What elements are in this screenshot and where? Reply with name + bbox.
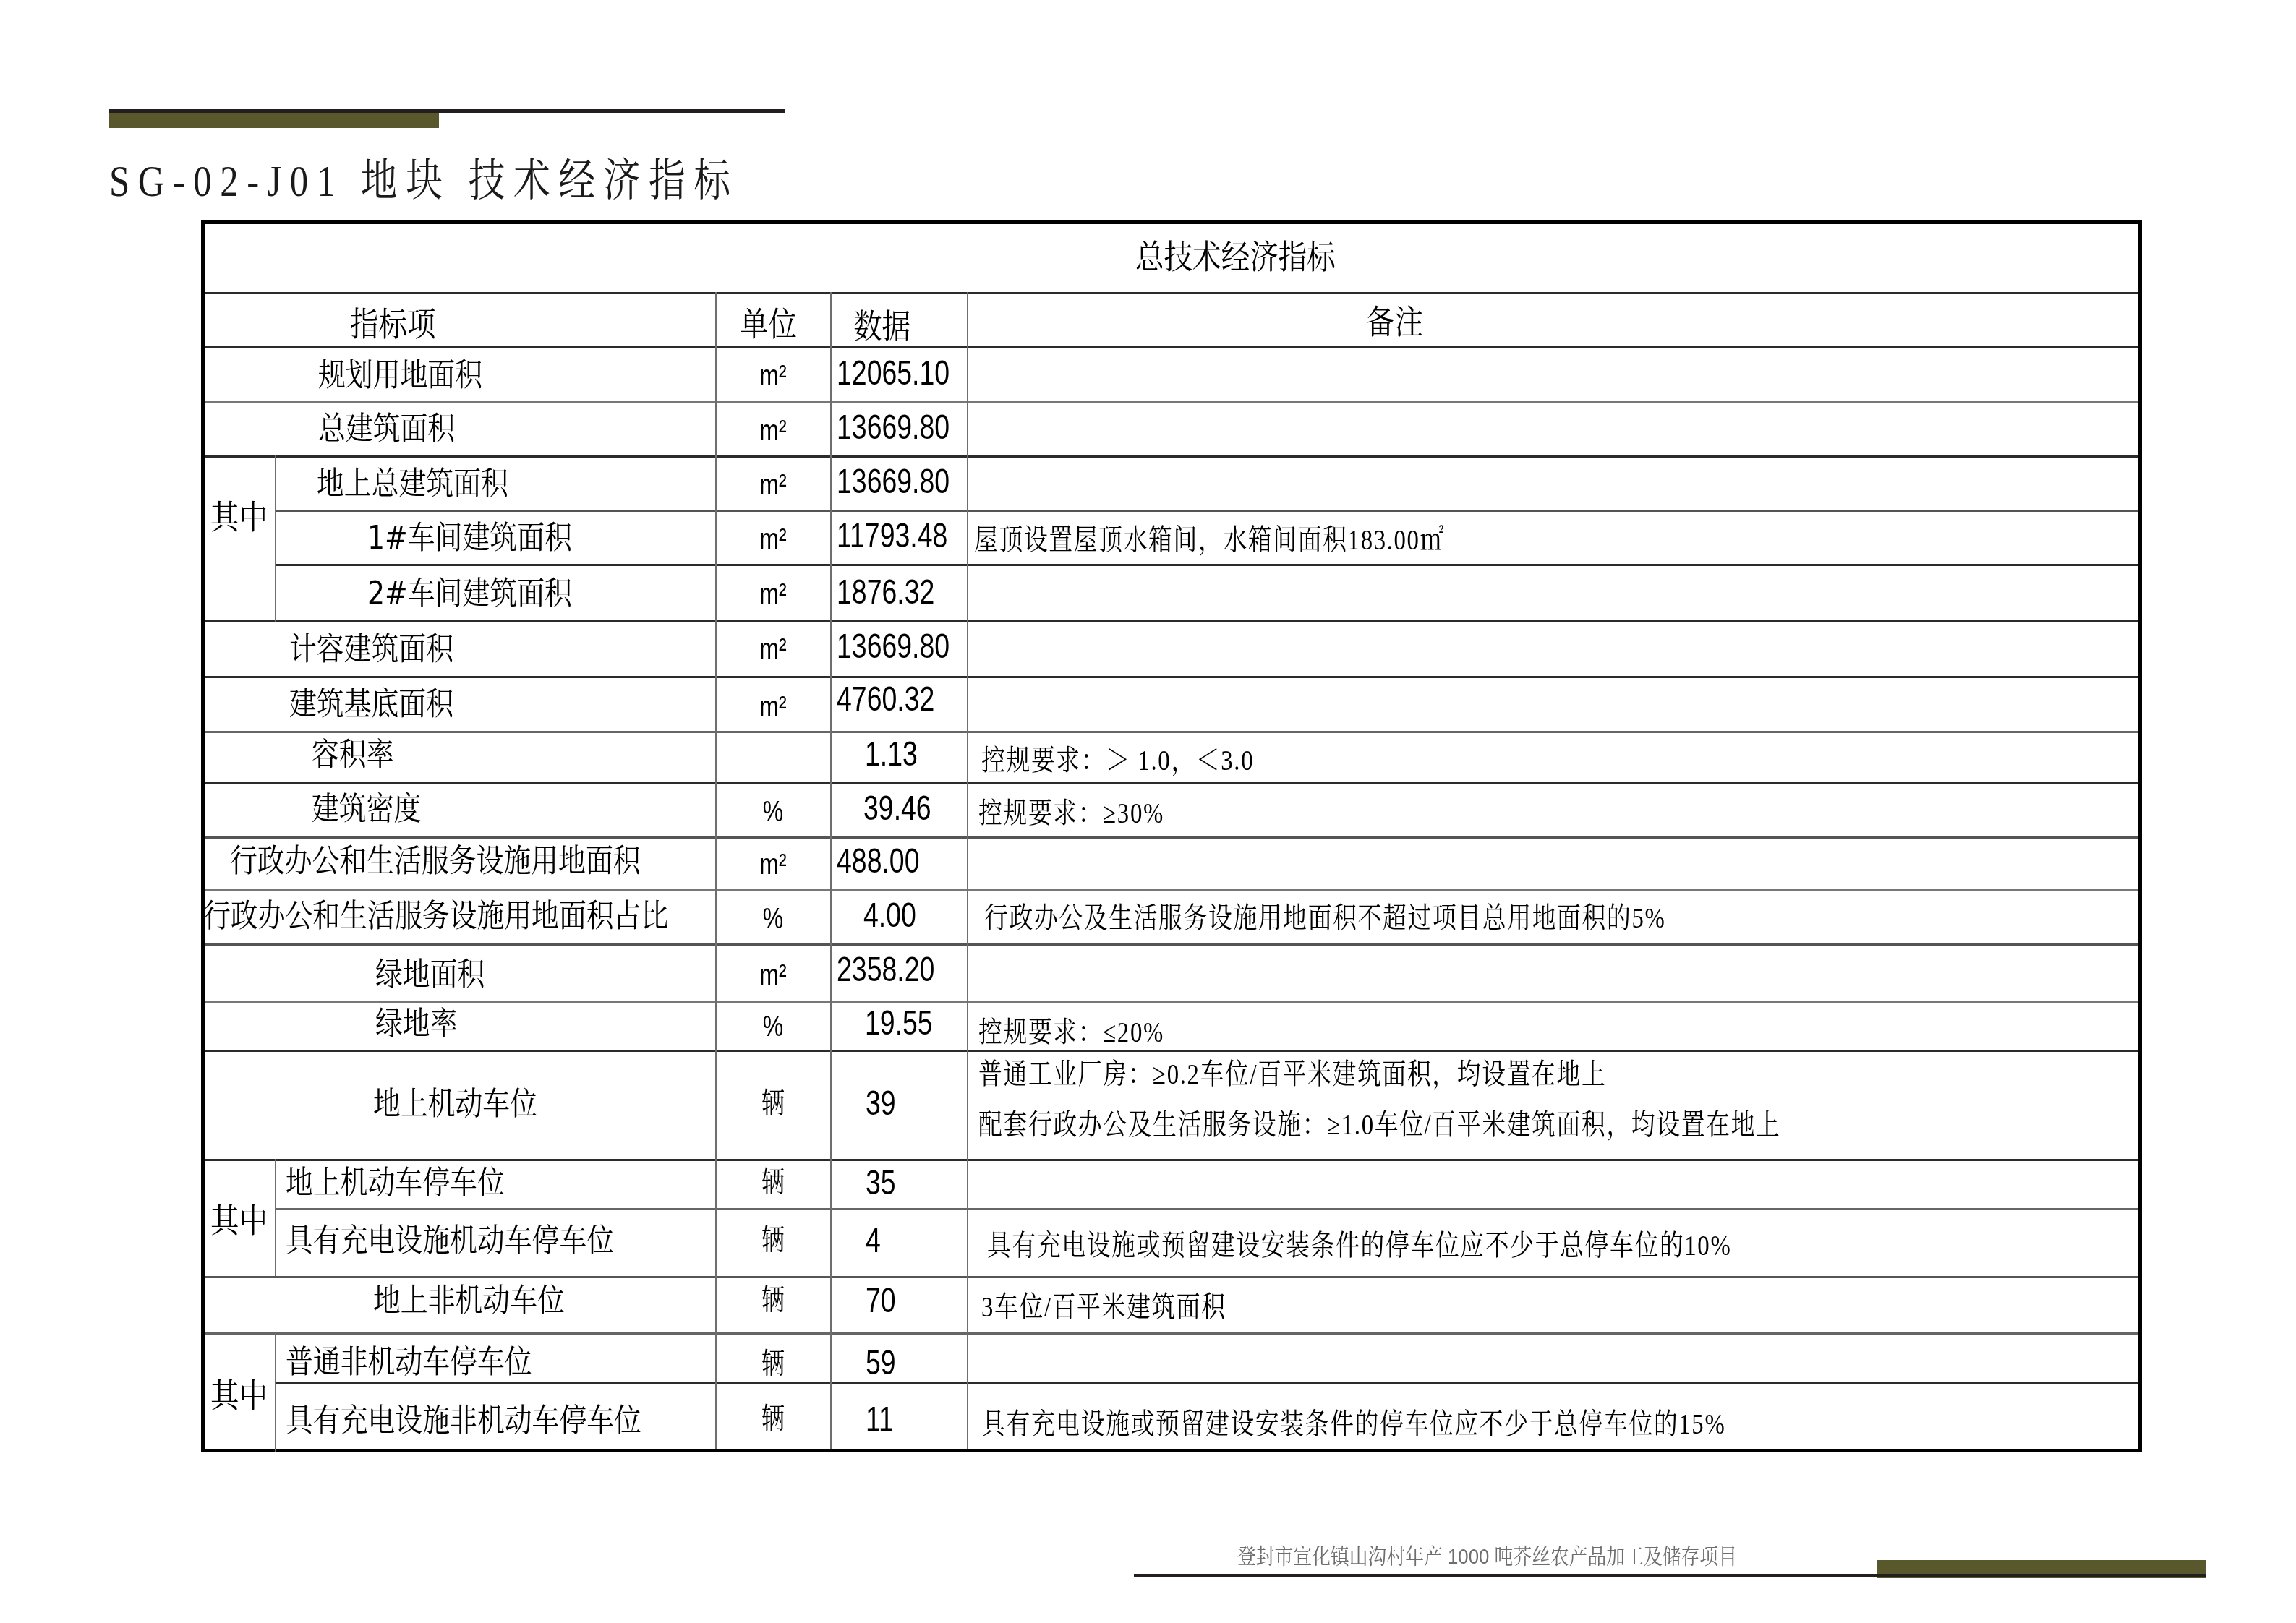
header-rule-olive [109,113,439,128]
row-unit: m² [733,471,814,500]
row-divider [205,455,2138,458]
row-value: 59 [866,1346,896,1381]
row-value: 2358.20 [837,953,934,988]
row-divider [205,1001,2138,1003]
row-label: 地上机动车位 [373,1089,537,1121]
row-label: 绿地面积 [375,959,485,991]
header-item: 指标项 [350,307,436,341]
row-unit: % [733,1012,814,1041]
row-divider [275,510,2138,512]
col-divider-unit [715,292,717,1449]
col-divider-group [275,1159,276,1276]
row-label: 1#车间建筑面积 [367,523,572,554]
row-unit: m² [733,693,814,721]
row-label: 计容建筑面积 [289,634,453,666]
row-divider [205,782,2138,784]
row-divider [205,1276,2138,1278]
row-value: 11793.48 [837,519,947,554]
row-divider [205,1332,2138,1335]
row-divider [205,620,2138,622]
group-label: 其中 [210,1204,268,1237]
row-label: 绿地率 [375,1009,458,1040]
row-label: 容积率 [312,740,394,771]
row-remark: 3车位/百平米建筑面积 [981,1293,1226,1322]
row-value: 13669.80 [837,465,949,500]
row-label: 具有充电设施非机动车停车位 [286,1405,641,1437]
row-remark: 具有充电设施或预留建设安装条件的停车位应不少于总停车位的15% [981,1410,1725,1439]
row-label: 规划用地面积 [318,360,482,392]
row-value: 12065.10 [837,356,949,391]
row-label: 地上非机动车位 [373,1285,565,1317]
col-divider-group [275,455,276,622]
col-divider-value [830,292,832,1449]
row-divider [275,1382,2138,1384]
row-unit: 辆 [733,1285,814,1314]
row-divider [205,889,2138,891]
row-unit: 辆 [733,1404,814,1433]
row-value: 39.46 [863,792,931,826]
row-unit: m² [733,850,814,879]
row-value: 4 [866,1224,881,1259]
page-title: SG-02-J01 地块 技术经济指标 [109,145,739,209]
row-label: 建筑密度 [312,794,421,826]
row-value: 13669.80 [837,411,949,445]
row-unit: m² [733,416,814,445]
row-unit: % [733,904,814,933]
row-value: 488.00 [837,844,920,879]
row-remark-line2: 配套行政办公及生活服务设施：≥1.0车位/百平米建筑面积，均设置在地上 [978,1110,1781,1139]
header-value: 数据 [853,309,910,343]
row-value: 1.13 [865,737,918,772]
row-unit: 辆 [733,1089,814,1118]
row-label: 普通非机动车停车位 [286,1347,532,1379]
row-unit: m² [733,961,814,990]
row-value: 39 [866,1087,896,1121]
col-divider-group [275,1332,276,1452]
row-remark: 控规要求：≤20% [978,1018,1164,1047]
header-remark: 备注 [1366,305,1423,338]
row-remark: 控规要求：≥30% [978,799,1164,828]
row-divider [205,943,2138,946]
row-remark: 行政办公及生活服务设施用地面积不超过项目总用地面积的5% [984,904,1665,933]
row-divider [205,1050,2138,1052]
tech-econ-table: 总技术经济指标 指标项 单位 数据 备注 其中 其中 其中 规划用地面积 m² … [201,220,2142,1452]
row-divider [205,1159,2138,1161]
row-remark: 屋顶设置屋顶水箱间，水箱间面积183.00㎡ [974,526,1445,554]
row-label: 行政办公和生活服务设施用地面积 [230,846,641,878]
group-label: 其中 [210,1379,268,1412]
row-label: 行政办公和生活服务设施用地面积占比 [203,901,668,933]
row-label: 建筑基底面积 [289,689,453,721]
row-value: 19.55 [865,1006,933,1041]
row-unit: % [733,797,814,826]
row-divider [205,836,2138,839]
row-value: 11 [866,1403,894,1437]
row-label: 地上总建筑面积 [317,468,508,500]
row-label: 2#车间建筑面积 [367,578,572,610]
row-remark: 普通工业厂房：≥0.2车位/百平米建筑面积，均设置在地上 [978,1060,1606,1089]
row-value: 35 [866,1166,896,1201]
row-value: 13669.80 [837,630,949,664]
row-divider [205,292,2138,294]
row-divider [275,564,2138,566]
row-label: 地上机动车停车位 [286,1168,505,1199]
row-unit: 辆 [733,1225,814,1254]
row-divider [205,676,2138,678]
row-unit: m² [733,580,814,609]
row-value: 70 [866,1284,896,1319]
row-unit: m² [733,525,814,554]
row-divider [205,731,2138,733]
row-divider [205,401,2138,403]
row-label: 总建筑面积 [318,414,455,445]
row-remark: 控规要求：＞ 1.0，＜3.0 [981,746,1254,775]
row-unit: 辆 [733,1349,814,1378]
group-label: 其中 [210,500,268,534]
row-value: 1876.32 [837,575,934,610]
row-divider [275,1208,2138,1210]
project-name-footer: 登封市宣化镇山沟村年产 1000 吨芥丝农产品加工及储存项目 [1237,1538,1737,1570]
header-unit: 单位 [740,307,797,341]
footer-rule-dark [1134,1574,2206,1577]
row-unit: m² [733,361,814,390]
row-unit: 辆 [733,1168,814,1196]
row-label: 具有充电设施机动车停车位 [286,1225,614,1257]
table-caption: 总技术经济指标 [1135,240,1336,273]
row-value: 4760.32 [837,682,934,717]
row-divider [205,346,2138,348]
row-unit: m² [733,635,814,664]
row-remark: 具有充电设施或预留建设安装条件的停车位应不少于总停车位的10% [987,1231,1731,1260]
row-value: 4.00 [863,899,916,933]
col-divider-remark [967,292,968,1449]
